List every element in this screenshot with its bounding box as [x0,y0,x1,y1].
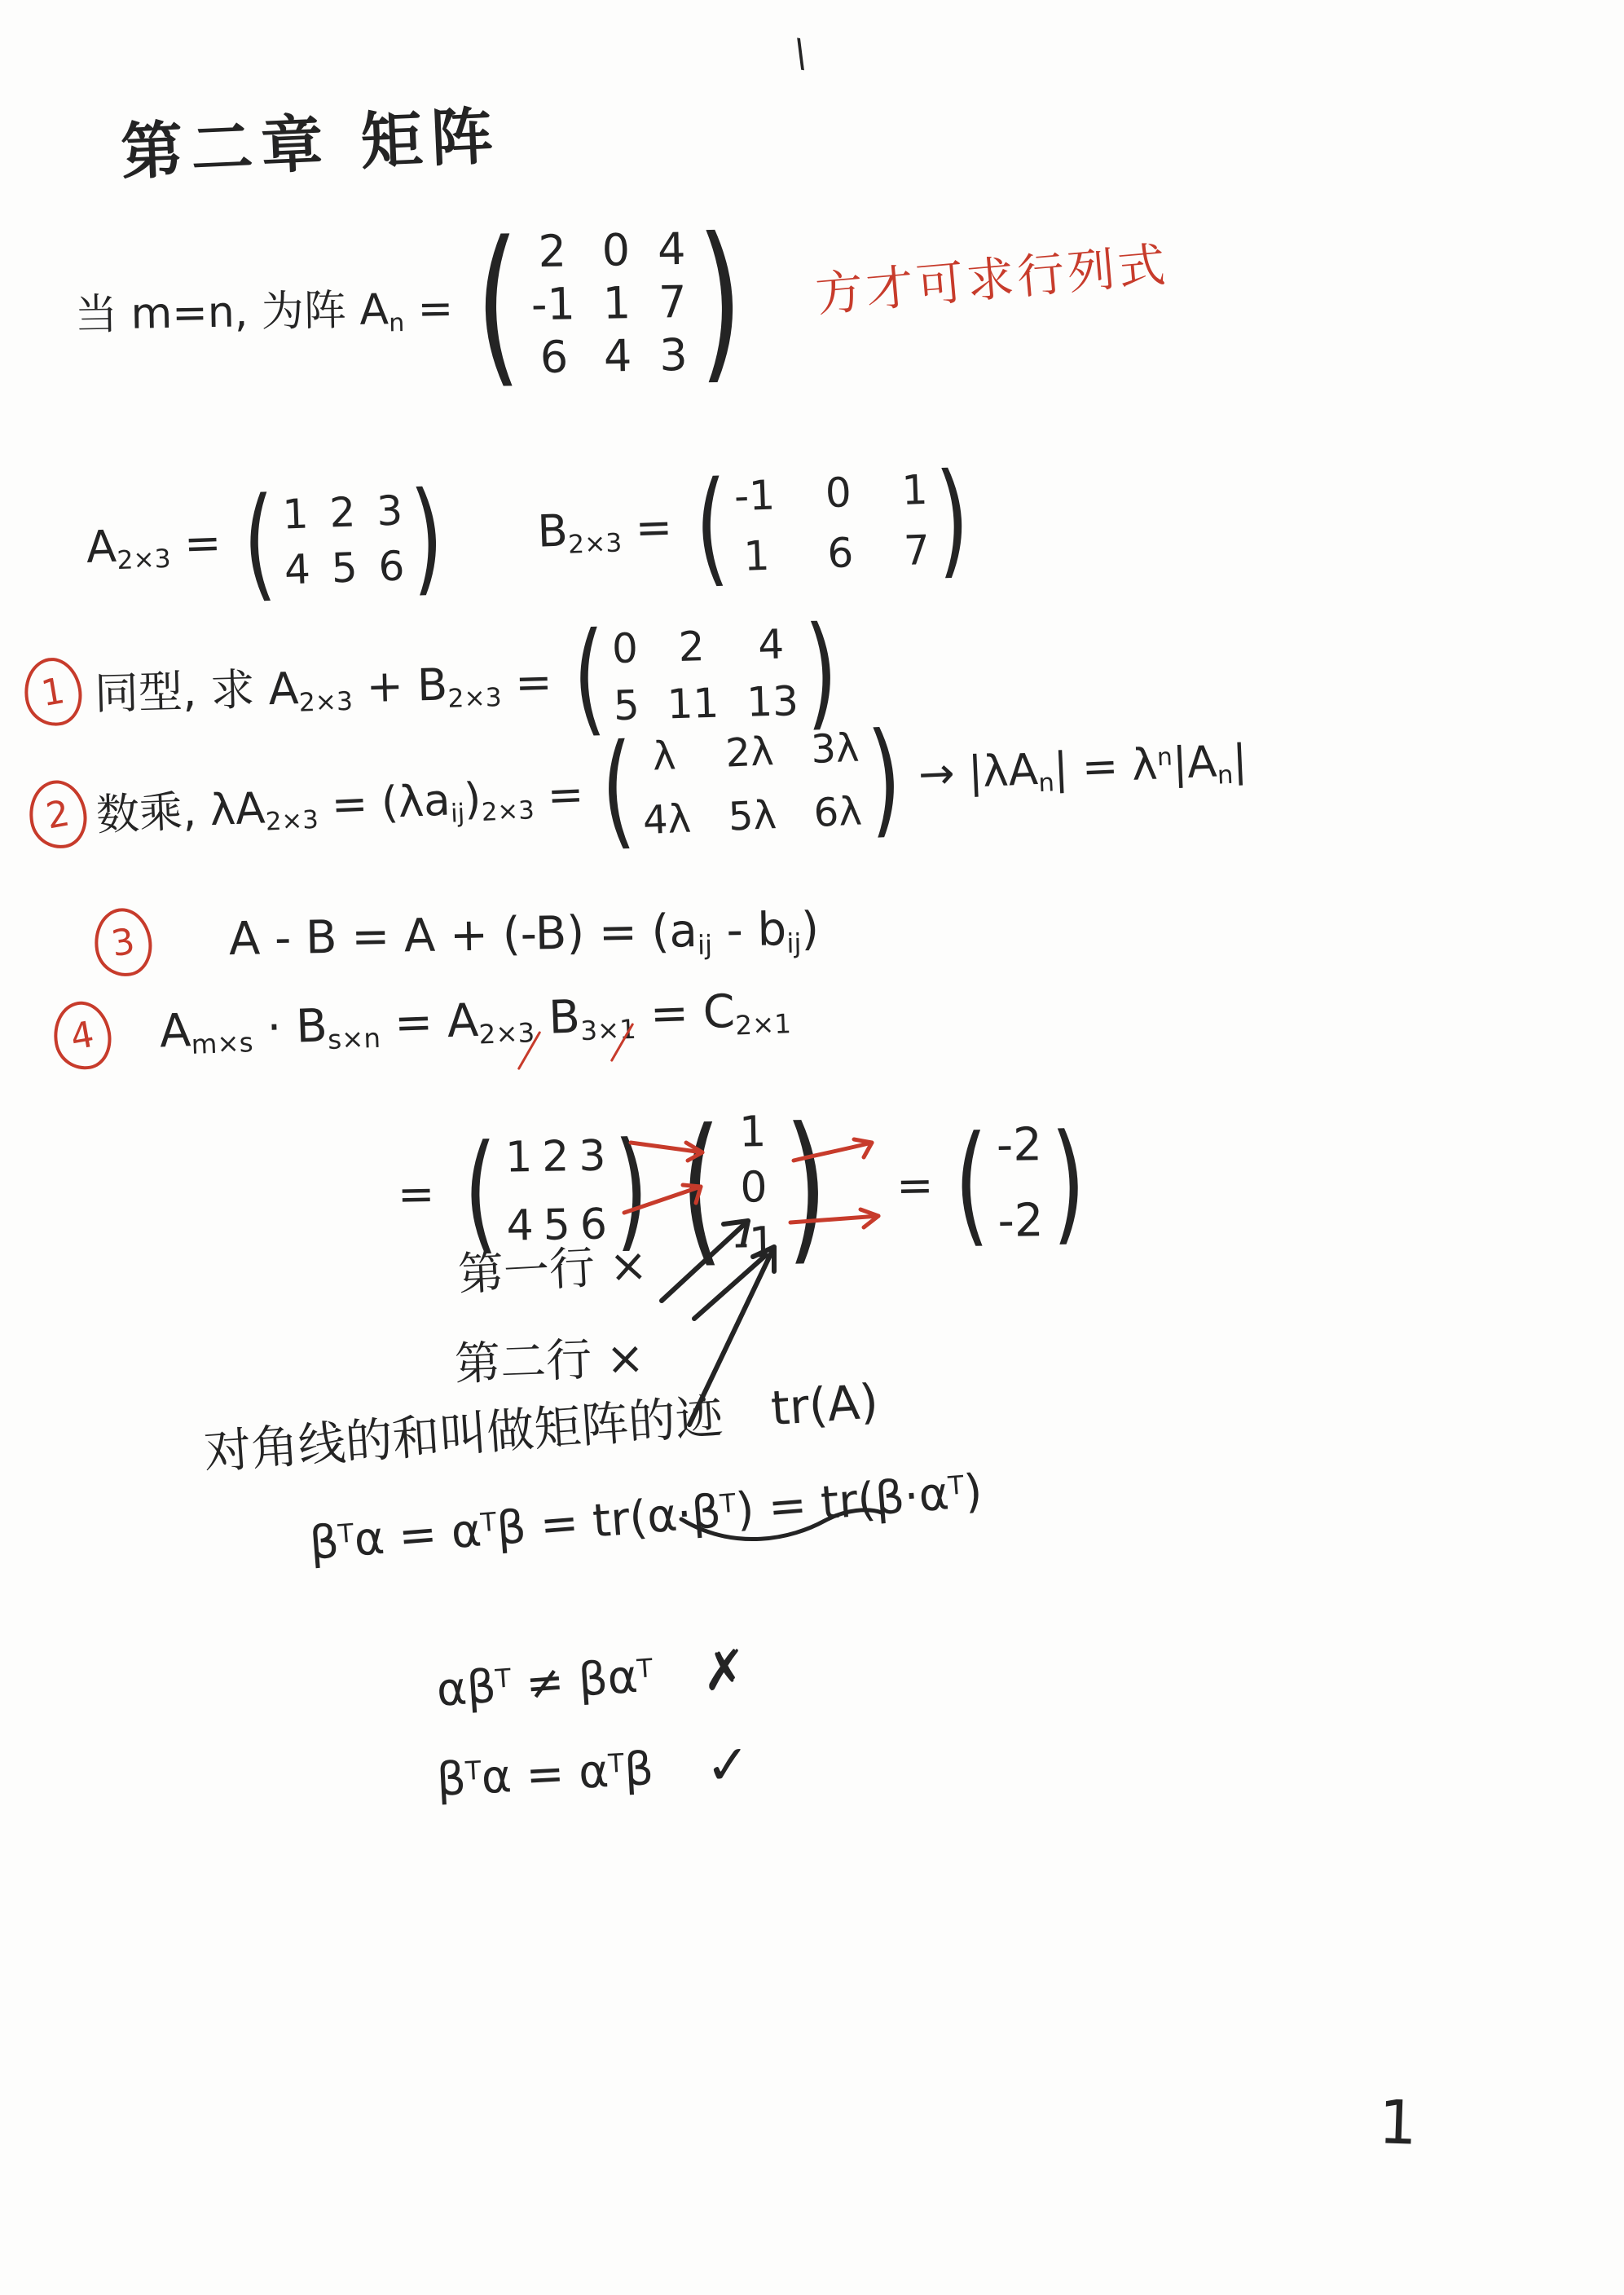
formula-text: = [500,656,552,709]
item-3-line: 3 A - B = A + (-B) = (aij - bij) [94,896,820,977]
formula-text: ) [463,774,482,825]
formula-text: = [403,284,453,334]
formula-text: = [169,518,222,570]
matrix-cell: -1 [530,278,575,330]
formula-subscript: 2×3 [478,1017,535,1050]
trace-formula: tr(A) [769,1373,880,1436]
cross-mark: ✗ [700,1637,750,1703]
formula-text: |A [1172,738,1218,789]
formula-subscript: ij [450,799,465,829]
equals-sign: = [397,1168,434,1220]
formula-text: → |λA [918,745,1039,800]
formula-text: B [536,505,568,557]
matrix-cell: 0 [825,469,852,517]
matrix-cell: 6 [539,331,568,383]
red-arrow-icon [789,1198,891,1236]
matrix-A-cells: 123456 [282,487,406,593]
formula-subscript: 2×3 [568,529,623,560]
right-paren: ) [410,476,446,599]
matrix-cell: 4 [603,330,632,382]
formula-subscript: 2×3 [447,683,502,714]
item-1-text: 同型, 求 A2×3 + B2×3 = [94,647,553,723]
formula-text: A - B = A + (-B) = (a [228,905,698,966]
right-paren: ) [697,215,744,387]
formula-subscript: 2×1 [735,1008,792,1041]
left-paren: ( [954,1118,990,1249]
left-paren: ( [599,728,636,853]
formula-text: αβ [435,1660,498,1717]
matrix-cell: 2λ [724,729,774,777]
formula-subscript: 2×3 [481,796,535,828]
page-number: 1 [1378,2087,1419,2159]
formula-text: = A [379,993,479,1050]
matrix-cell: 4 [657,222,685,275]
circled-number-3: 3 [90,904,156,980]
matrix-cell: 6λ [813,788,863,836]
matrix-cell: 4λ [642,796,692,844]
formula-text: 当 m=n, 为阵 A [75,286,389,341]
item-3-text: A - B = A + (-B) = (aij - bij) [228,902,819,968]
spacer [466,534,523,535]
matrix-cell: λ [652,733,677,779]
matrix-cell: 1 [901,466,929,514]
matrix-cell: 7 [658,275,687,328]
formula-text: B [533,990,580,1045]
transpose-line-3: βTα = αTβ ✓ [435,1733,752,1812]
formula-text: ) = tr(β·α [734,1467,951,1536]
right-paren: ) [935,456,970,581]
right-paren: ) [804,610,839,733]
matrix-cell: 3 [376,487,403,535]
left-paren: ( [242,482,278,605]
trace-sentence: 对角线的和叫做矩阵的迹 [201,1378,724,1482]
check-mark: ✓ [704,1733,752,1798]
matrix-cell: -2 [996,1118,1042,1172]
row1-label: 第一行 × [456,1229,649,1304]
left-paren: ( [693,465,729,590]
matrix-cell: 13 [746,677,799,726]
formula-text: β [435,1752,467,1807]
formula-subscript: s×n [328,1022,381,1055]
formula-supscript: T [608,1749,625,1779]
red-annotation: 方才可求行列式 [812,226,1171,325]
formula-supscript: T [495,1663,513,1694]
square-matrix-line: 当 m=n, 为阵 An = ( 204-117643 ) [73,214,755,397]
page-title: 第二章 矩阵 [119,86,503,192]
matrix-cell: 2 [678,623,705,671]
pen-tick-mark: \ [790,30,811,76]
formula-text: β [623,1742,654,1797]
matrix-cell: 6 [826,529,854,577]
formula-subscript: 2×3 [298,687,353,718]
matrix-cell: 1 [743,532,771,580]
result-matrix: ( -2-2 ) [945,1117,1094,1249]
formula-supscript: T [464,1756,482,1786]
formula-subscript: 2×3 [265,805,319,837]
transpose-equality: βTα = αTβ [435,1742,654,1807]
formula-text: 同型, 求 A [94,663,299,720]
formula-subscript: ij [786,927,802,958]
formula-text: = [621,501,674,554]
matrix-B-cells: -101167 [733,466,931,580]
matrix-lambda-cells: λ2λ3λ4λ5λ6λ [639,725,862,844]
matrix-cell: 3λ [810,725,860,773]
formula-text: ≠ βα [509,1650,639,1712]
matrix-cell: 0 [611,624,638,672]
matrix-cell: 4 [758,621,785,669]
matrix-cell: 0 [601,224,630,276]
result-matrix-cells: -2-2 [996,1118,1044,1248]
matrix-cell: 6 [378,542,406,590]
matrix-cell: 1 [505,1133,533,1183]
matrix-cell: 5λ [728,792,777,840]
formula-text: ) [801,902,820,955]
matrix-An: ( 204-117643 ) [463,214,755,390]
formula-text: A [86,521,117,573]
determinant-rule-text: → |λAn| = λn|An| [918,736,1248,804]
item-4-line: 4 Am×s · Bs×n = A2×3 B3×1 = C2×1 [53,976,792,1071]
formula-text: · B [252,999,328,1055]
matrix-cell: 4 [284,545,311,593]
formula-text: β [307,1515,341,1570]
formula-subscript: n [1038,769,1055,799]
matrix-sum-cells: 02451113 [611,620,799,729]
circled-number-4: 4 [48,997,117,1074]
formula-text: - b [711,903,786,958]
formula-text: = C [635,985,736,1041]
matrix-cell: 2 [328,488,356,536]
transpose-line-1: βTα = αTβ = tr(α·βT) = tr(β·αT) [307,1465,984,1570]
matrix-cell: 2 [542,1132,570,1182]
transpose-inequality: αβT ≠ βαT [435,1650,655,1717]
formula-text: = [533,770,585,822]
red-arrow-icon [629,1130,719,1167]
formula-subscript: ij [698,929,713,960]
formula-supscript: T [636,1654,654,1684]
matrix-cell: 1 [739,1108,767,1157]
formula-text: + B [352,659,448,712]
right-paren: ) [1050,1117,1086,1248]
row2-label-text: 第二行 × [454,1322,645,1394]
matrix-lambda: ( λ2λ3λ4λ5λ6λ ) [591,716,912,853]
item-2-text: 数乘, λA2×3 = (λaij)2×3 = [95,760,585,844]
formula-subscript: 2×3 [117,544,171,575]
row1-label-text: 第一行 × [456,1229,649,1304]
handwritten-notes-page: \ 第二章 矩阵 当 m=n, 为阵 An = ( 204-117643 ) 方… [0,0,1624,2295]
matrix-cell: 5 [331,544,359,592]
item-4-text: Am×s · Bs×n = A2×3 B3×1 = C2×1 [159,983,792,1061]
transpose-line-2: αβT ≠ βαT ✗ [434,1637,749,1721]
definitions-line: A2×3 = ( 123456 ) B2×3 = ( -101167 ) [84,456,979,611]
formula-text: | [1231,736,1248,786]
matrix-B-label: B2×3 = [536,501,673,561]
matrix-cell: 3 [659,328,688,381]
formula-text: A [159,1004,192,1058]
formula-text: | = λ [1053,740,1159,794]
formula-text: α = α [352,1504,483,1567]
red-arrow-icon [789,1128,885,1167]
formula-supscript: n [1156,742,1173,772]
matrix-cell: -2 [997,1194,1044,1248]
right-paren: ) [866,716,904,841]
matrix-cell: 3 [579,1132,606,1182]
matrix-cell: -1 [733,471,776,520]
row2-label: 第二行 × [454,1322,645,1394]
matrix-cell: 1 [602,277,631,329]
formula-subscript: n [1217,760,1234,791]
square-matrix-text: 当 m=n, 为阵 An = [74,274,453,343]
matrix-cell: 11 [667,680,720,729]
matrix-cell: 7 [903,526,931,575]
formula-text: 数乘, λA [95,784,266,841]
matrix-A: ( 123456 ) [234,475,454,605]
formula-text: α = α [480,1745,610,1804]
matrix-cell: 2 [538,225,566,277]
equals-sign: = [896,1159,934,1211]
transpose-identity-1: βTα = αTβ = tr(α·βT) = tr(β·αT) [307,1465,984,1570]
circled-number-1: 1 [20,654,87,730]
left-paren: ( [474,218,522,390]
matrix-An-cells: 204-117643 [530,222,688,382]
matrix-cell: 1 [282,490,310,538]
matrix-A-label: A2×3 = [86,518,222,577]
circled-number-2: 2 [24,776,92,853]
matrix-B: ( -101167 ) [684,456,979,590]
formula-text: ) [962,1465,984,1519]
formula-subscript: m×s [191,1027,253,1060]
formula-subscript: n [389,309,405,337]
formula-text: = (λa [317,776,451,831]
